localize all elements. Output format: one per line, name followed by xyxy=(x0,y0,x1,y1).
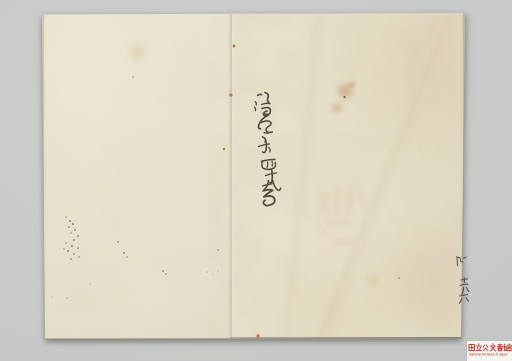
paper-edge-left xyxy=(42,13,44,339)
paper-edge-right xyxy=(463,13,465,339)
paper-shadow-wrap xyxy=(42,13,465,339)
document-paper xyxy=(42,13,465,339)
fold-seam xyxy=(228,13,234,339)
page-right xyxy=(231,13,465,339)
paper-edge-bottom-left xyxy=(42,338,231,340)
scanned-document-photo: National Archives of Japan 清慶第四十九号 陸 章六 xyxy=(0,0,512,361)
paper-edge-bottom-right xyxy=(231,337,465,340)
page-left xyxy=(42,13,231,339)
archive-watermark: National Archives of Japan 清慶第四十九号 陸 章六 xyxy=(467,341,512,361)
watermark-subtitle: National Archives of Japan xyxy=(469,353,511,356)
watermark-kanji-title xyxy=(467,341,512,361)
